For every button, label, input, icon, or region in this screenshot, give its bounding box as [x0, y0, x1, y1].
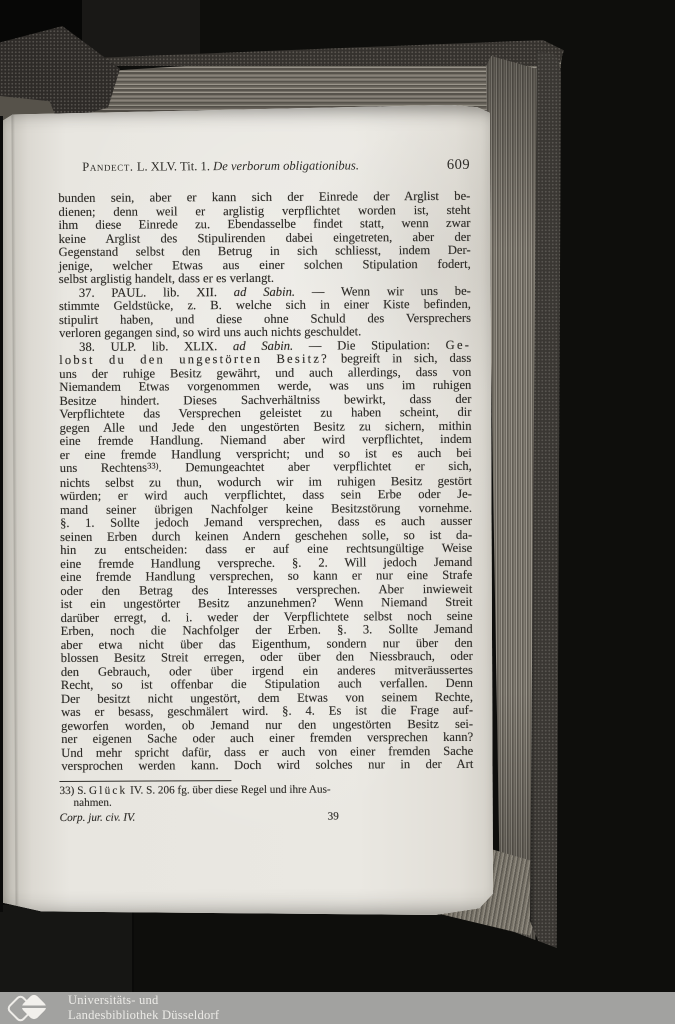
- body-text: bunden sein, aber er kann sich der Einre…: [58, 190, 473, 774]
- volume-signature: Corp. jur. civ. IV.: [60, 811, 136, 823]
- text-run: Ge-: [446, 337, 472, 351]
- text-run: — Die Stipulation:: [293, 337, 446, 352]
- digitized-book-scan: { "colors":{ "photo_background":"#0e0e0c…: [0, 0, 675, 1024]
- book-page: Pandect. L. XLV. Tit. 1. De verborum obl…: [0, 105, 494, 918]
- body-line: versprochen werden kann. Doch wird solch…: [61, 758, 473, 774]
- library-name-line2: Landesbibliothek Düsseldorf: [68, 1008, 219, 1023]
- text-run: 38. ULP. lib. XLIX.: [79, 339, 233, 354]
- text-run: . Demungeachtet aber verpflichtet er sic…: [158, 459, 471, 475]
- footnote-text: 33) S. Glück IV. S. 206 fg. über diese R…: [59, 784, 471, 810]
- photo-background-lower: [0, 905, 134, 995]
- text-run: 37. PAUL. lib. XII.: [79, 285, 234, 300]
- text-run: nahmen.: [73, 797, 111, 809]
- footnote-line: nahmen.: [59, 796, 471, 810]
- text-run: Glück: [89, 785, 127, 797]
- footer-bar: Universitäts- und Landesbibliothek Düsse…: [0, 992, 675, 1024]
- photo-background-cover-shadow: [82, 0, 200, 58]
- footnote-rule: [59, 780, 231, 782]
- text-run: Pandect.: [82, 160, 134, 174]
- signature-row: Corp. jur. civ. IV. 39: [60, 810, 472, 825]
- text-run: L. XLV. Tit. 1.: [134, 159, 214, 173]
- text-run: ad Sabin.: [233, 338, 293, 352]
- library-name-line1: Universitäts- und: [68, 993, 219, 1008]
- text-run: 33) S.: [59, 785, 89, 797]
- photo-left-crop-strip: [0, 116, 3, 912]
- running-header: Pandect. L. XLV. Tit. 1. De verborum obl…: [58, 157, 470, 176]
- ulb-library-logo-icon: [6, 993, 58, 1023]
- text-run: begreift in sich, dass: [329, 351, 471, 366]
- running-header-title: Pandect. L. XLV. Tit. 1. De verborum obl…: [58, 158, 359, 175]
- footnote: 33) S. Glück IV. S. 206 fg. über diese R…: [59, 779, 471, 826]
- text-run: versprochen werden kann. Doch wird solch…: [61, 757, 473, 773]
- footnote-reference: 33): [147, 460, 159, 470]
- library-name: Universitäts- und Landesbibliothek Düsse…: [68, 993, 219, 1023]
- page-edges-right: [486, 56, 538, 940]
- text-run: IV. S. 206 fg. über diese Regel und ihre…: [127, 784, 330, 797]
- sheet-number: 39: [328, 811, 339, 823]
- text-run: De verborum obligationibus.: [213, 158, 359, 173]
- page-number: 609: [447, 157, 470, 174]
- text-run: ad Sabin.: [234, 284, 295, 298]
- text-run: uns Rechtens: [60, 461, 147, 475]
